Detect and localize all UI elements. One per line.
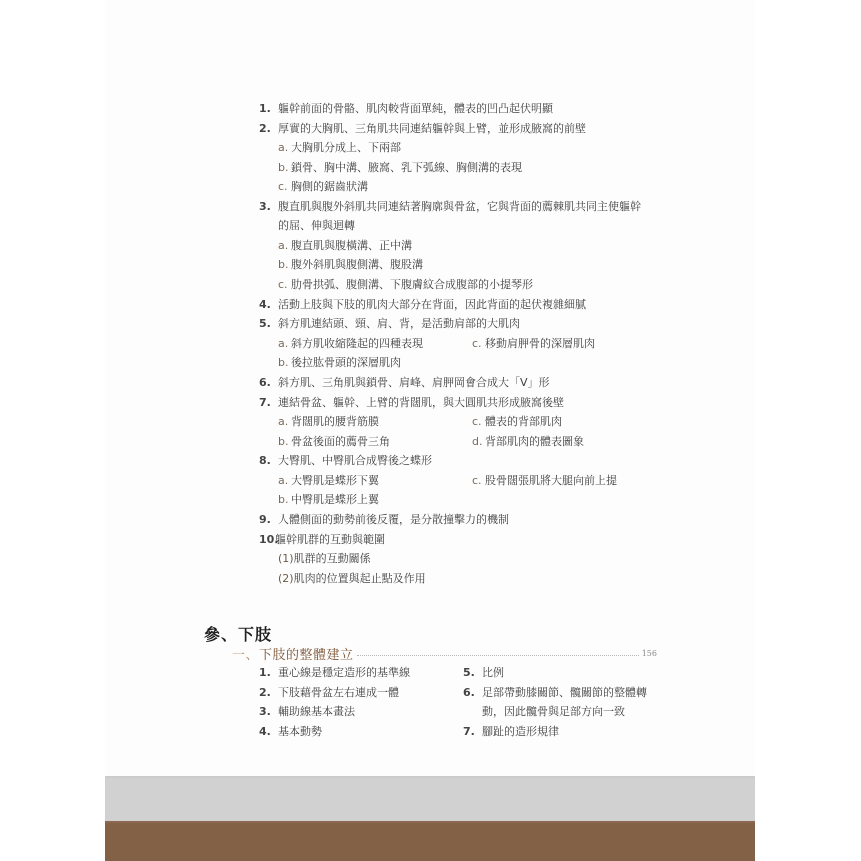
subitem-marker: b. [278,356,291,370]
subitem-marker: c. [278,180,291,194]
item-text: 下肢藉骨盆左右連成一體 [278,686,399,699]
item-text: 輔助線基本畫法 [278,705,355,718]
outline-item: 6.斜方肌、三角肌與鎖骨、肩峰、肩胛岡會合成大「V」形 [259,376,550,390]
subitem-text: 肋骨拱弧、腹側溝、下腹膚紋合成腹部的小提琴形 [291,278,533,291]
item-text: 比例 [482,666,504,679]
outline-subitem: c.體表的背部肌肉 [472,415,562,429]
chapter-title: 一、下肢的整體建立 [232,644,354,663]
item-text: 腳趾的造形規律 [482,725,559,738]
item-text: 斜方肌連結頭、頸、肩、背，是活動肩部的大肌肉 [278,317,520,330]
subitem-text: 股骨闊張肌將大腿向前上提 [485,474,617,487]
outline-subitem: (1)肌群的互動關係 [278,552,371,566]
section-title: 參、下肢 [204,622,272,645]
section-item: 4.基本動勢 [259,725,322,739]
outline-item: 1.軀幹前面的骨骼、肌肉較背面單純，體表的凹凸起伏明顯 [259,102,553,116]
subitem-text: 體表的背部肌肉 [485,415,562,428]
item-text: 基本動勢 [278,725,322,738]
item-number: 4. [259,725,278,739]
item-text: 軀幹肌群的互動與範圍 [275,533,385,546]
item-number: 5. [463,666,482,680]
outline-subitem: c.胸側的鋸齒狀溝 [278,180,368,194]
subitem-text: 肌肉的位置與起止點及作用 [294,572,426,585]
item-text: 厚實的大胸肌、三角肌共同連結軀幹與上臂，並形成腋窩的前壁 [278,122,586,135]
section-item: 5.比例 [463,666,504,680]
subitem-text: 背部肌肉的體表圖象 [485,435,584,448]
item-number: 6. [259,376,278,390]
subitem-marker: b. [278,435,291,449]
chapter-page-number: 156 [642,649,657,658]
subitem-text: 大臀肌是蝶形下翼 [291,474,379,487]
item-number: 7. [463,725,482,739]
item-number: 5. [259,317,278,331]
item-number: 10. [259,533,275,547]
footer-gray-band [105,776,755,821]
outline-subitem: b.鎖骨、胸中溝、腋窩、乳下弧線、胸側溝的表現 [278,161,522,175]
subitem-marker: b. [278,161,291,175]
subitem-marker: b. [278,258,291,272]
outline-subitem: b.骨盆後面的薦骨三角 [278,435,390,449]
item-text: 軀幹前面的骨骼、肌肉較背面單純，體表的凹凸起伏明顯 [278,102,553,115]
outline-subitem: c.移動肩胛骨的深層肌肉 [472,337,595,351]
subitem-marker: d. [472,435,485,449]
subitem-text: 移動肩胛骨的深層肌肉 [485,337,595,350]
item-number: 8. [259,454,278,468]
outline-item: 7.連結骨盆、軀幹、上臂的背闊肌，與大圓肌共形成腋窩後壁 [259,396,564,410]
subitem-marker: b. [278,493,291,507]
item-number: 1. [259,102,278,116]
item-text: 重心線是穩定造形的基準線 [278,666,410,679]
subitem-text: 背闊肌的腰背筋膜 [291,415,379,428]
subitem-text: 後拉肱骨頭的深層肌肉 [291,356,401,369]
outline-subitem: b.腹外斜肌與腹側溝、腹股溝 [278,258,423,272]
subitem-marker: a. [278,474,291,488]
subitem-marker: a. [278,141,291,155]
subitem-marker: c. [472,337,485,351]
subitem-text: 胸側的鋸齒狀溝 [291,180,368,193]
subitem-text: 骨盆後面的薦骨三角 [291,435,390,448]
subitem-text: 腹外斜肌與腹側溝、腹股溝 [291,258,423,271]
outline-subitem: a.腹直肌與腹橫溝、正中溝 [278,239,412,253]
section-item: 6.足部帶動膝關節、髖關節的整體轉 [463,686,647,700]
item-text: 大臀肌、中臀肌合成臀後之蝶形 [278,454,432,467]
chapter-prefix: 一、 [232,648,259,663]
outline-subitem: a.斜方肌收縮隆起的四種表現 [278,337,423,351]
subitem-marker: c. [278,278,291,292]
outline-item: 5.斜方肌連結頭、頸、肩、背，是活動肩部的大肌肉 [259,317,520,331]
item-number: 6. [463,686,482,700]
subitem-text: 腹直肌與腹橫溝、正中溝 [291,239,412,252]
outline-item: 3.腹直肌與腹外斜肌共同連結著胸廓與骨盆，它與背面的薦棘肌共同主使軀幹 [259,200,641,214]
item-number: 1. [259,666,278,680]
item-number: 2. [259,122,278,136]
outline-subitem: a.大臀肌是蝶形下翼 [278,474,379,488]
outline-subitem: b.中臀肌是蝶形上翼 [278,493,379,507]
toc-chapter-entry[interactable]: 一、下肢的整體建立 156 [232,644,657,662]
item-text: 人體側面的動勢前後反覆，是分散撞擊力的機制 [278,513,509,526]
footer-brown-band [105,821,755,861]
section-item: 1.重心線是穩定造形的基準線 [259,666,410,680]
item-number: 9. [259,513,278,527]
outline-item: 4.活動上肢與下肢的肌肉大部分在背面，因此背面的起伏複雜細膩 [259,298,586,312]
subitem-text: 大胸肌分成上、下兩部 [291,141,401,154]
item-text: 活動上肢與下肢的肌肉大部分在背面，因此背面的起伏複雜細膩 [278,298,586,311]
outline-subitem: c.肋骨拱弧、腹側溝、下腹膚紋合成腹部的小提琴形 [278,278,533,292]
item-number: 2. [259,686,278,700]
outline-subitem: (2)肌肉的位置與起止點及作用 [278,572,426,586]
section-item-continuation: 動，因此髖骨與足部方向一致 [482,705,625,719]
outline-item: 2.厚實的大胸肌、三角肌共同連結軀幹與上臂，並形成腋窩的前壁 [259,122,586,136]
subitem-marker: (2) [278,572,294,585]
item-number: 4. [259,298,278,312]
subitem-text: 中臀肌是蝶形上翼 [291,493,379,506]
item-text: 連結骨盆、軀幹、上臂的背闊肌，與大圓肌共形成腋窩後壁 [278,396,564,409]
item-number: 7. [259,396,278,410]
section-item: 2.下肢藉骨盆左右連成一體 [259,686,399,700]
section-item: 7.腳趾的造形規律 [463,725,559,739]
outline-item: 10.軀幹肌群的互動與範圍 [259,533,385,547]
subitem-text: 鎖骨、胸中溝、腋窩、乳下弧線、胸側溝的表現 [291,161,522,174]
outline-subitem: b.後拉肱骨頭的深層肌肉 [278,356,401,370]
subitem-text: 斜方肌收縮隆起的四種表現 [291,337,423,350]
subitem-marker: c. [472,415,485,429]
outline-subitem: d.背部肌肉的體表圖象 [472,435,584,449]
section-item: 3.輔助線基本畫法 [259,705,355,719]
outline-subitem: c.股骨闊張肌將大腿向前上提 [472,474,617,488]
item-number: 3. [259,200,278,214]
outline-item-continuation: 的屈、伸與迴轉 [278,219,355,233]
subitem-marker: a. [278,337,291,351]
subitem-marker: a. [278,239,291,253]
outline-subitem: a.背闊肌的腰背筋膜 [278,415,379,429]
outline-item: 9.人體側面的動勢前後反覆，是分散撞擊力的機制 [259,513,509,527]
outline-subitem: a.大胸肌分成上、下兩部 [278,141,401,155]
outline-item: 8.大臀肌、中臀肌合成臀後之蝶形 [259,454,432,468]
subitem-text: 肌群的互動關係 [294,552,371,565]
item-text: 足部帶動膝關節、髖關節的整體轉 [482,686,647,699]
subitem-marker: (1) [278,552,294,565]
subitem-marker: a. [278,415,291,429]
chapter-title-text: 下肢的整體建立 [259,648,354,663]
subitem-marker: c. [472,474,485,488]
item-number: 3. [259,705,278,719]
item-text: 腹直肌與腹外斜肌共同連結著胸廓與骨盆，它與背面的薦棘肌共同主使軀幹 [278,200,641,213]
item-text: 斜方肌、三角肌與鎖骨、肩峰、肩胛岡會合成大「V」形 [278,376,550,389]
dot-leader [357,655,639,656]
